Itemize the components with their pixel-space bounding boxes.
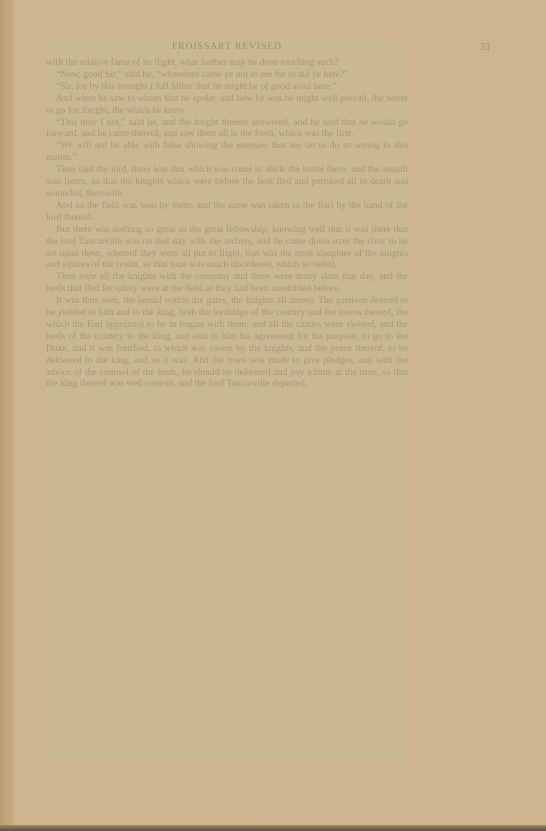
paragraph: “Now, good Sir,” said he, “wherefore cam… — [46, 69, 408, 81]
paragraph: And when he saw to whom that he spoke, a… — [46, 93, 408, 117]
page-bottom-edge — [0, 825, 546, 831]
paragraph: “This may I not,” said he, and the knigh… — [46, 117, 408, 141]
book-gutter-shadow — [0, 0, 14, 831]
paragraph: with the relative fame of its flight, wh… — [46, 57, 408, 69]
paragraph: It was thus seen, the herald within the … — [46, 295, 408, 390]
page-text-body: with the relative fame of its flight, wh… — [46, 57, 408, 390]
paragraph: Then said the lord, there was that which… — [46, 164, 408, 200]
paragraph: But there was nothing so great as the gr… — [46, 224, 408, 272]
paragraph: “We will not be able with false showing … — [46, 140, 408, 164]
paragraph: “Sir, for by this brought I full hither … — [46, 81, 408, 93]
paragraph: And so the field was won by them, and th… — [46, 200, 408, 224]
paragraph: Then rode all the knights with the compa… — [46, 271, 408, 295]
running-head: FROISSART REVISED — [46, 42, 408, 52]
page-number: 33 — [480, 42, 490, 53]
